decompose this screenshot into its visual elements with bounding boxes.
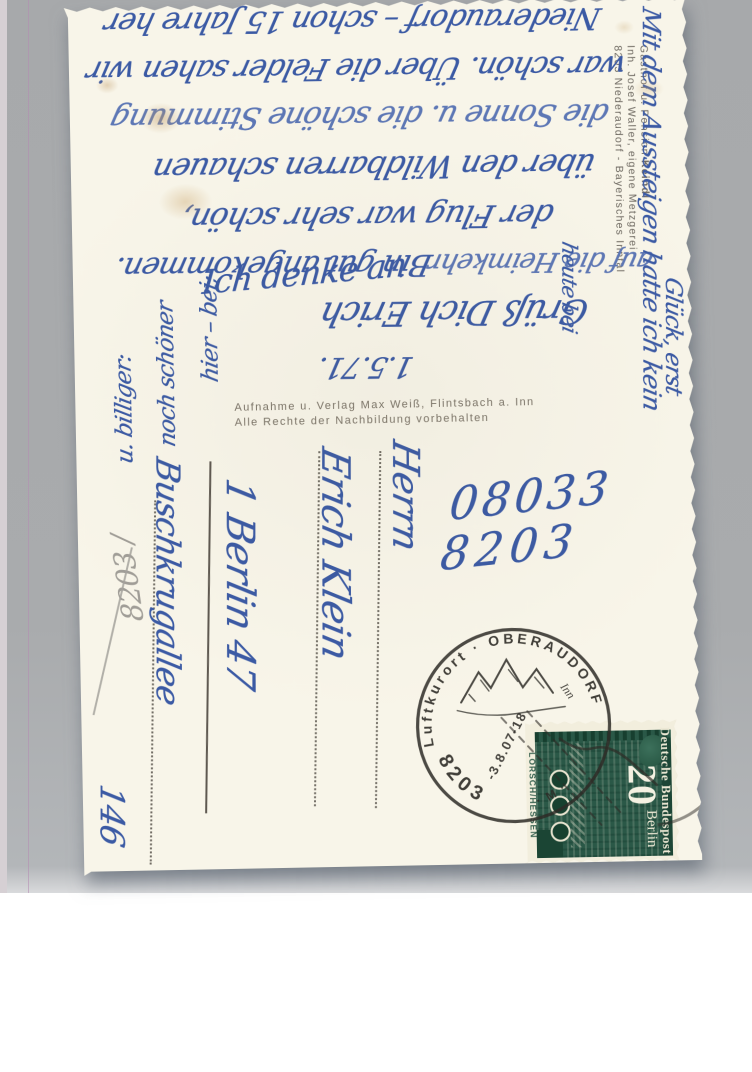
- address-salutation: Herrn: [385, 437, 424, 554]
- handwriting-margin-right: heute bei: [558, 240, 580, 335]
- handwriting-message-line: war schön. Über die Felder sahen wir: [75, 49, 638, 86]
- postcard-back: Gasthof u. Pension Keindl Inh. Josef Wal…: [64, 0, 703, 876]
- address-rule-dotted-1: [375, 451, 381, 808]
- handwriting-message-line: auf die Heimkehr: [425, 246, 657, 277]
- photo-credit: Aufnahme u. Verlag Max Weiß, Flintsbach …: [234, 395, 535, 431]
- handwriting-message-line: Niederaudorf – schon 15 Jahre her: [68, 2, 637, 39]
- handwriting-margin-left: noch schöner: [153, 300, 180, 449]
- postmark-river-text: Inn: [557, 679, 578, 701]
- postmark-date: -3.8.07-18: [483, 709, 530, 782]
- pencil-note: 8203 /: [103, 514, 152, 643]
- handwriting-margin-left: hier – bei;: [197, 274, 223, 384]
- handwriting-message-line: die Sonne u. die schöne Stimmung: [80, 97, 639, 134]
- second-postmark-arc: [655, 687, 731, 824]
- address-recipient-name: Erich Klein: [313, 444, 354, 663]
- handwriting-date: 1.5.71.: [267, 351, 464, 384]
- address-street: Buschkrugallee: [150, 455, 185, 708]
- handwriting-message-line: der Flug war sehr schön,: [114, 198, 622, 236]
- postmark-mountains-icon: [460, 659, 553, 703]
- address-rule-solid: [205, 461, 211, 813]
- handwriting-message-line: über den Wildbarren schauen: [118, 147, 631, 185]
- handwriting-margin-left: u. billiger:: [111, 353, 137, 466]
- handwriting-margin-right: Glück, erst: [661, 275, 685, 397]
- address-city-line: 1 Berlin 47: [218, 475, 259, 692]
- scanned-postcard-image: Gasthof u. Pension Keindl Inh. Josef Wal…: [0, 0, 752, 1072]
- address-house-number: 146: [94, 782, 129, 849]
- postmark: Luftkurort · OBERAUDORF 8203 · M · Inn -…: [408, 617, 732, 853]
- postmark-code-text: 8203: [433, 750, 491, 808]
- scanner-background: Gasthof u. Pension Keindl Inh. Josef Wal…: [0, 0, 752, 893]
- postmark-baseline: [457, 707, 565, 716]
- postmark-letter: · M ·: [534, 780, 570, 809]
- scanner-edge-strip: [0, 0, 7, 893]
- scanner-artifact-line: [28, 0, 29, 893]
- postcard-wrap: Gasthof u. Pension Keindl Inh. Josef Wal…: [64, 0, 703, 876]
